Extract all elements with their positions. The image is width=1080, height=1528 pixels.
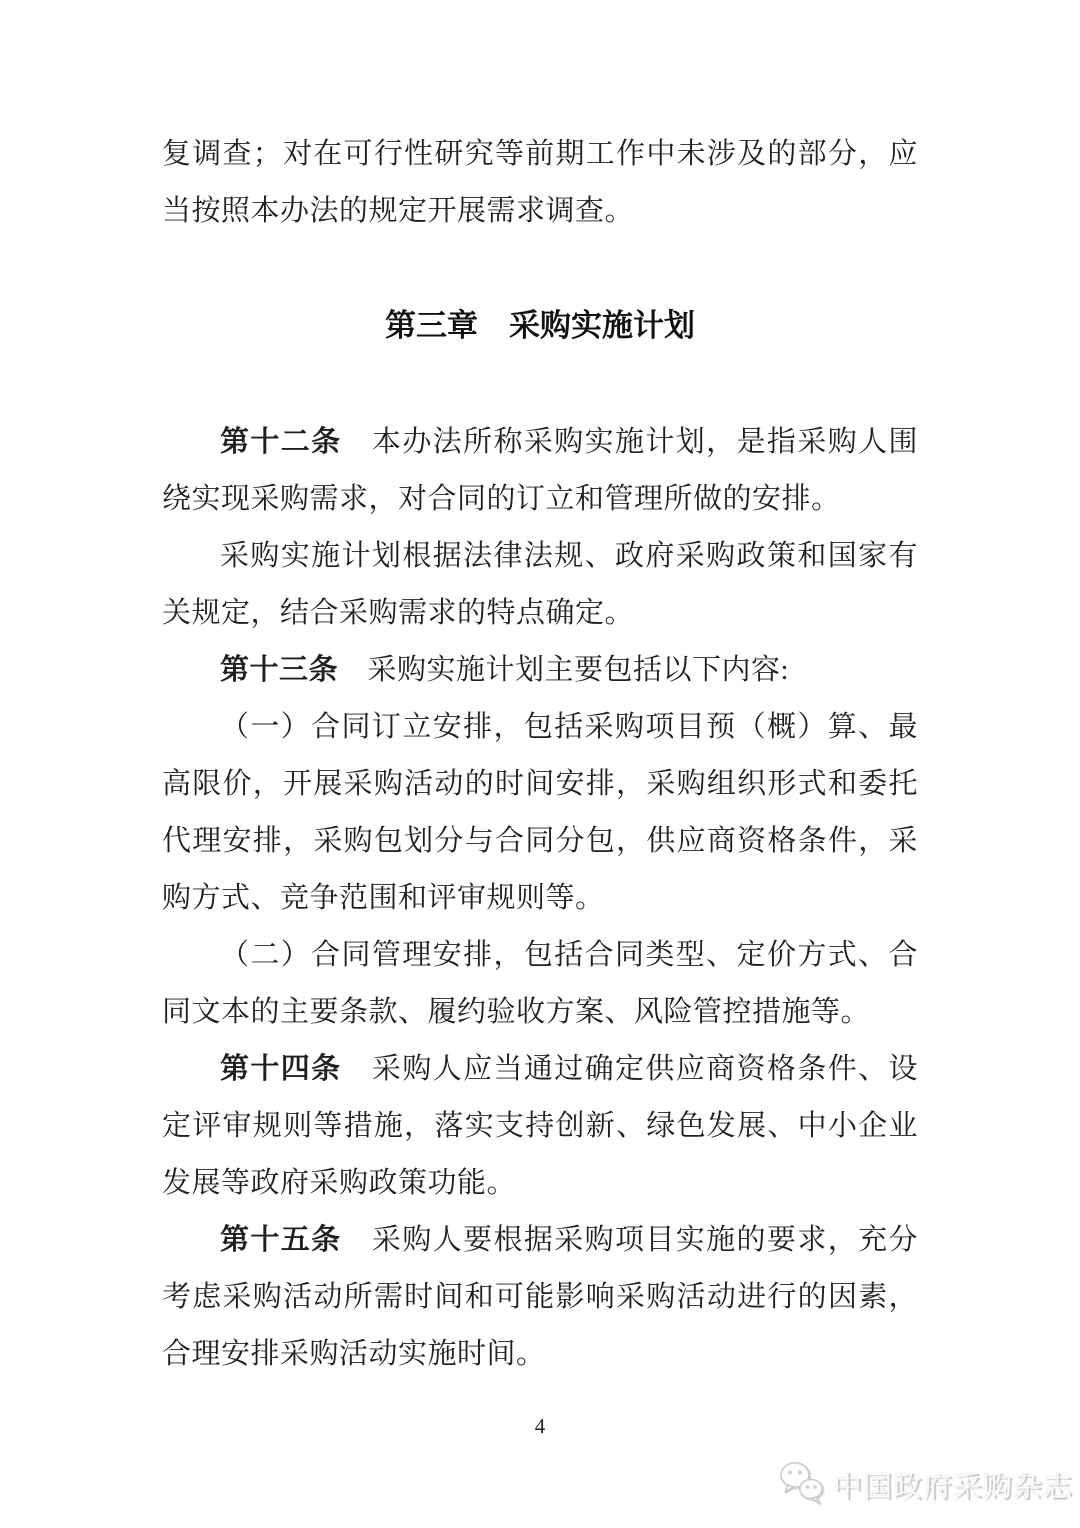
body-paragraph: 复调查；对在可行性研究等前期工作中未涉及的部分，应当按照本办法的规定开展需求调查…: [162, 126, 918, 240]
page-number: 4: [0, 1414, 1080, 1439]
chapter-heading: 第三章 采购实施计划: [162, 297, 918, 354]
document-body: 复调查；对在可行性研究等前期工作中未涉及的部分，应当按照本办法的规定开展需求调查…: [162, 126, 918, 1383]
article-paragraph: 第十五条 采购人要根据采购项目实施的要求，充分考虑采购活动所需时间和可能影响采购…: [162, 1212, 918, 1383]
body-paragraph: （一）合同订立安排，包括采购项目预（概）算、最高限价，开展采购活动的时间安排，采…: [162, 699, 918, 927]
watermark-text: 中国政府采购杂志: [833, 1464, 1073, 1505]
article-term: 第十二条: [220, 426, 342, 458]
body-paragraph: （二）合同管理安排，包括合同类型、定价方式、合同文本的主要条款、履约验收方案、风…: [162, 927, 918, 1041]
article-term: 第十三条: [220, 654, 338, 686]
wechat-icon: [778, 1460, 826, 1508]
article-term: 第十五条: [220, 1224, 342, 1256]
document-page: 复调查；对在可行性研究等前期工作中未涉及的部分，应当按照本办法的规定开展需求调查…: [0, 0, 1080, 1528]
body-paragraph: 采购实施计划根据法律法规、政府采购政策和国家有关规定，结合采购需求的特点确定。: [162, 528, 918, 642]
article-paragraph: 第十三条 采购实施计划主要包括以下内容:: [162, 642, 918, 699]
article-term: 第十四条: [220, 1053, 342, 1085]
article-paragraph: 第十二条 本办法所称采购实施计划，是指采购人围绕实现采购需求，对合同的订立和管理…: [162, 414, 918, 528]
article-paragraph: 第十四条 采购人应当通过确定供应商资格条件、设定评审规则等措施，落实支持创新、绿…: [162, 1041, 918, 1212]
watermark: 中国政府采购杂志: [778, 1460, 1073, 1508]
